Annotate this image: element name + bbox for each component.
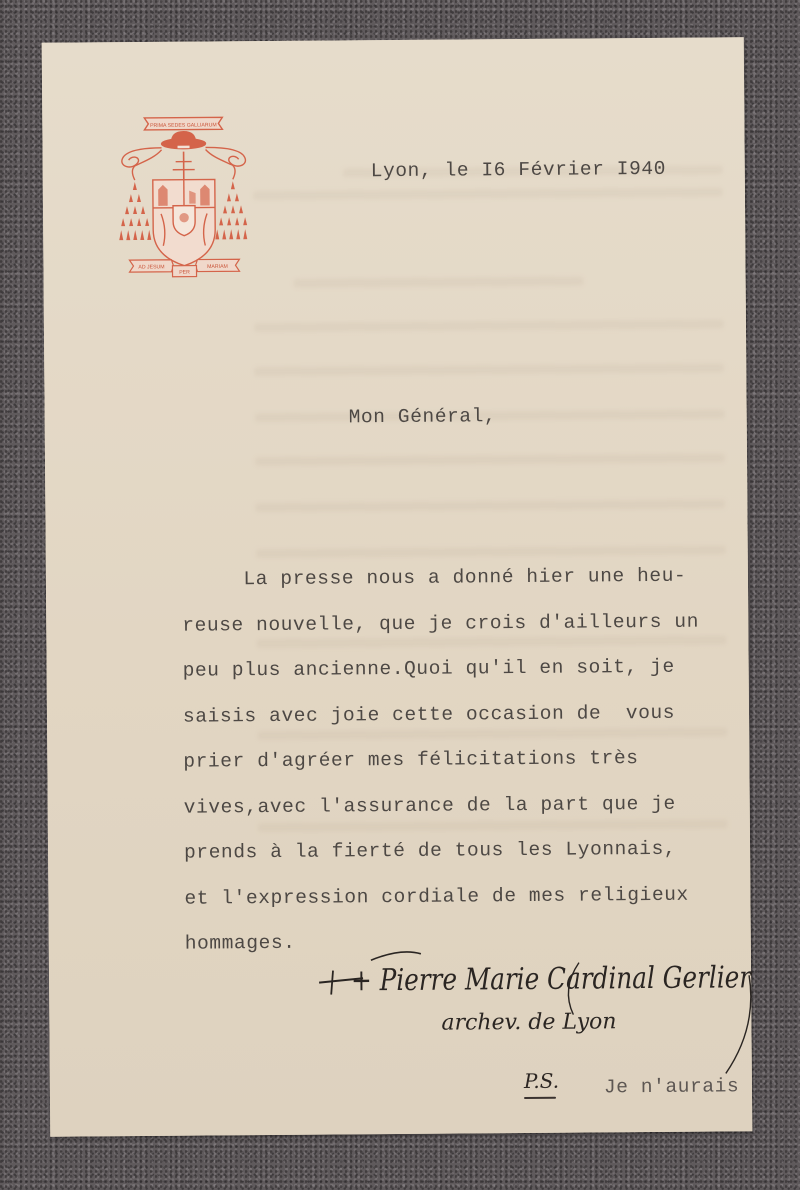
crest-top-motto: PRIMA SEDES GALLIARUM bbox=[150, 122, 217, 129]
crest-motto-left: AD JESUM bbox=[138, 264, 164, 270]
body-line: La presse nous a donné hier une heu- bbox=[182, 554, 699, 604]
postscript-underline bbox=[524, 1097, 556, 1099]
postscript-mark: P.S. bbox=[524, 1069, 559, 1093]
letter-body: La presse nous a donné hier une heu- reu… bbox=[182, 554, 702, 968]
crest-motto-right: MARIAM bbox=[207, 264, 228, 270]
body-line: vives,avec l'assurance de la part que je bbox=[184, 781, 701, 831]
body-line: peu plus ancienne.Quoi qu'il en soit, je bbox=[182, 645, 699, 695]
date-line: Lyon, le I6 Février I940 bbox=[371, 158, 666, 182]
salutation: Mon Général, bbox=[349, 405, 497, 428]
body-line: prier d'agréer mes félicitations très bbox=[183, 736, 700, 786]
coat-of-arms-icon: PRIMA SEDES GALLIARUM AD JESUM PER MARIA… bbox=[116, 109, 251, 282]
body-line: saisis avec joie cette occasion de vous bbox=[183, 690, 700, 740]
body-line: et l'expression cordiale de mes religieu… bbox=[184, 872, 701, 922]
body-line: reuse nouvelle, que je crois d'ailleurs … bbox=[182, 599, 699, 649]
signature-title: archev. de Lyon bbox=[441, 1009, 616, 1035]
handwritten-signature: + Pierre Marie Cardinal Gerlier archev. … bbox=[311, 917, 762, 1081]
signature-name: + Pierre Marie Cardinal Gerlier bbox=[351, 960, 753, 998]
letter-page: PRIMA SEDES GALLIARUM AD JESUM PER MARIA… bbox=[42, 37, 753, 1136]
crest-motto-center: PER bbox=[179, 270, 190, 276]
postscript-text: Je n'aurais bbox=[604, 1075, 739, 1098]
body-line: prends à la fierté de tous les Lyonnais, bbox=[184, 827, 701, 877]
